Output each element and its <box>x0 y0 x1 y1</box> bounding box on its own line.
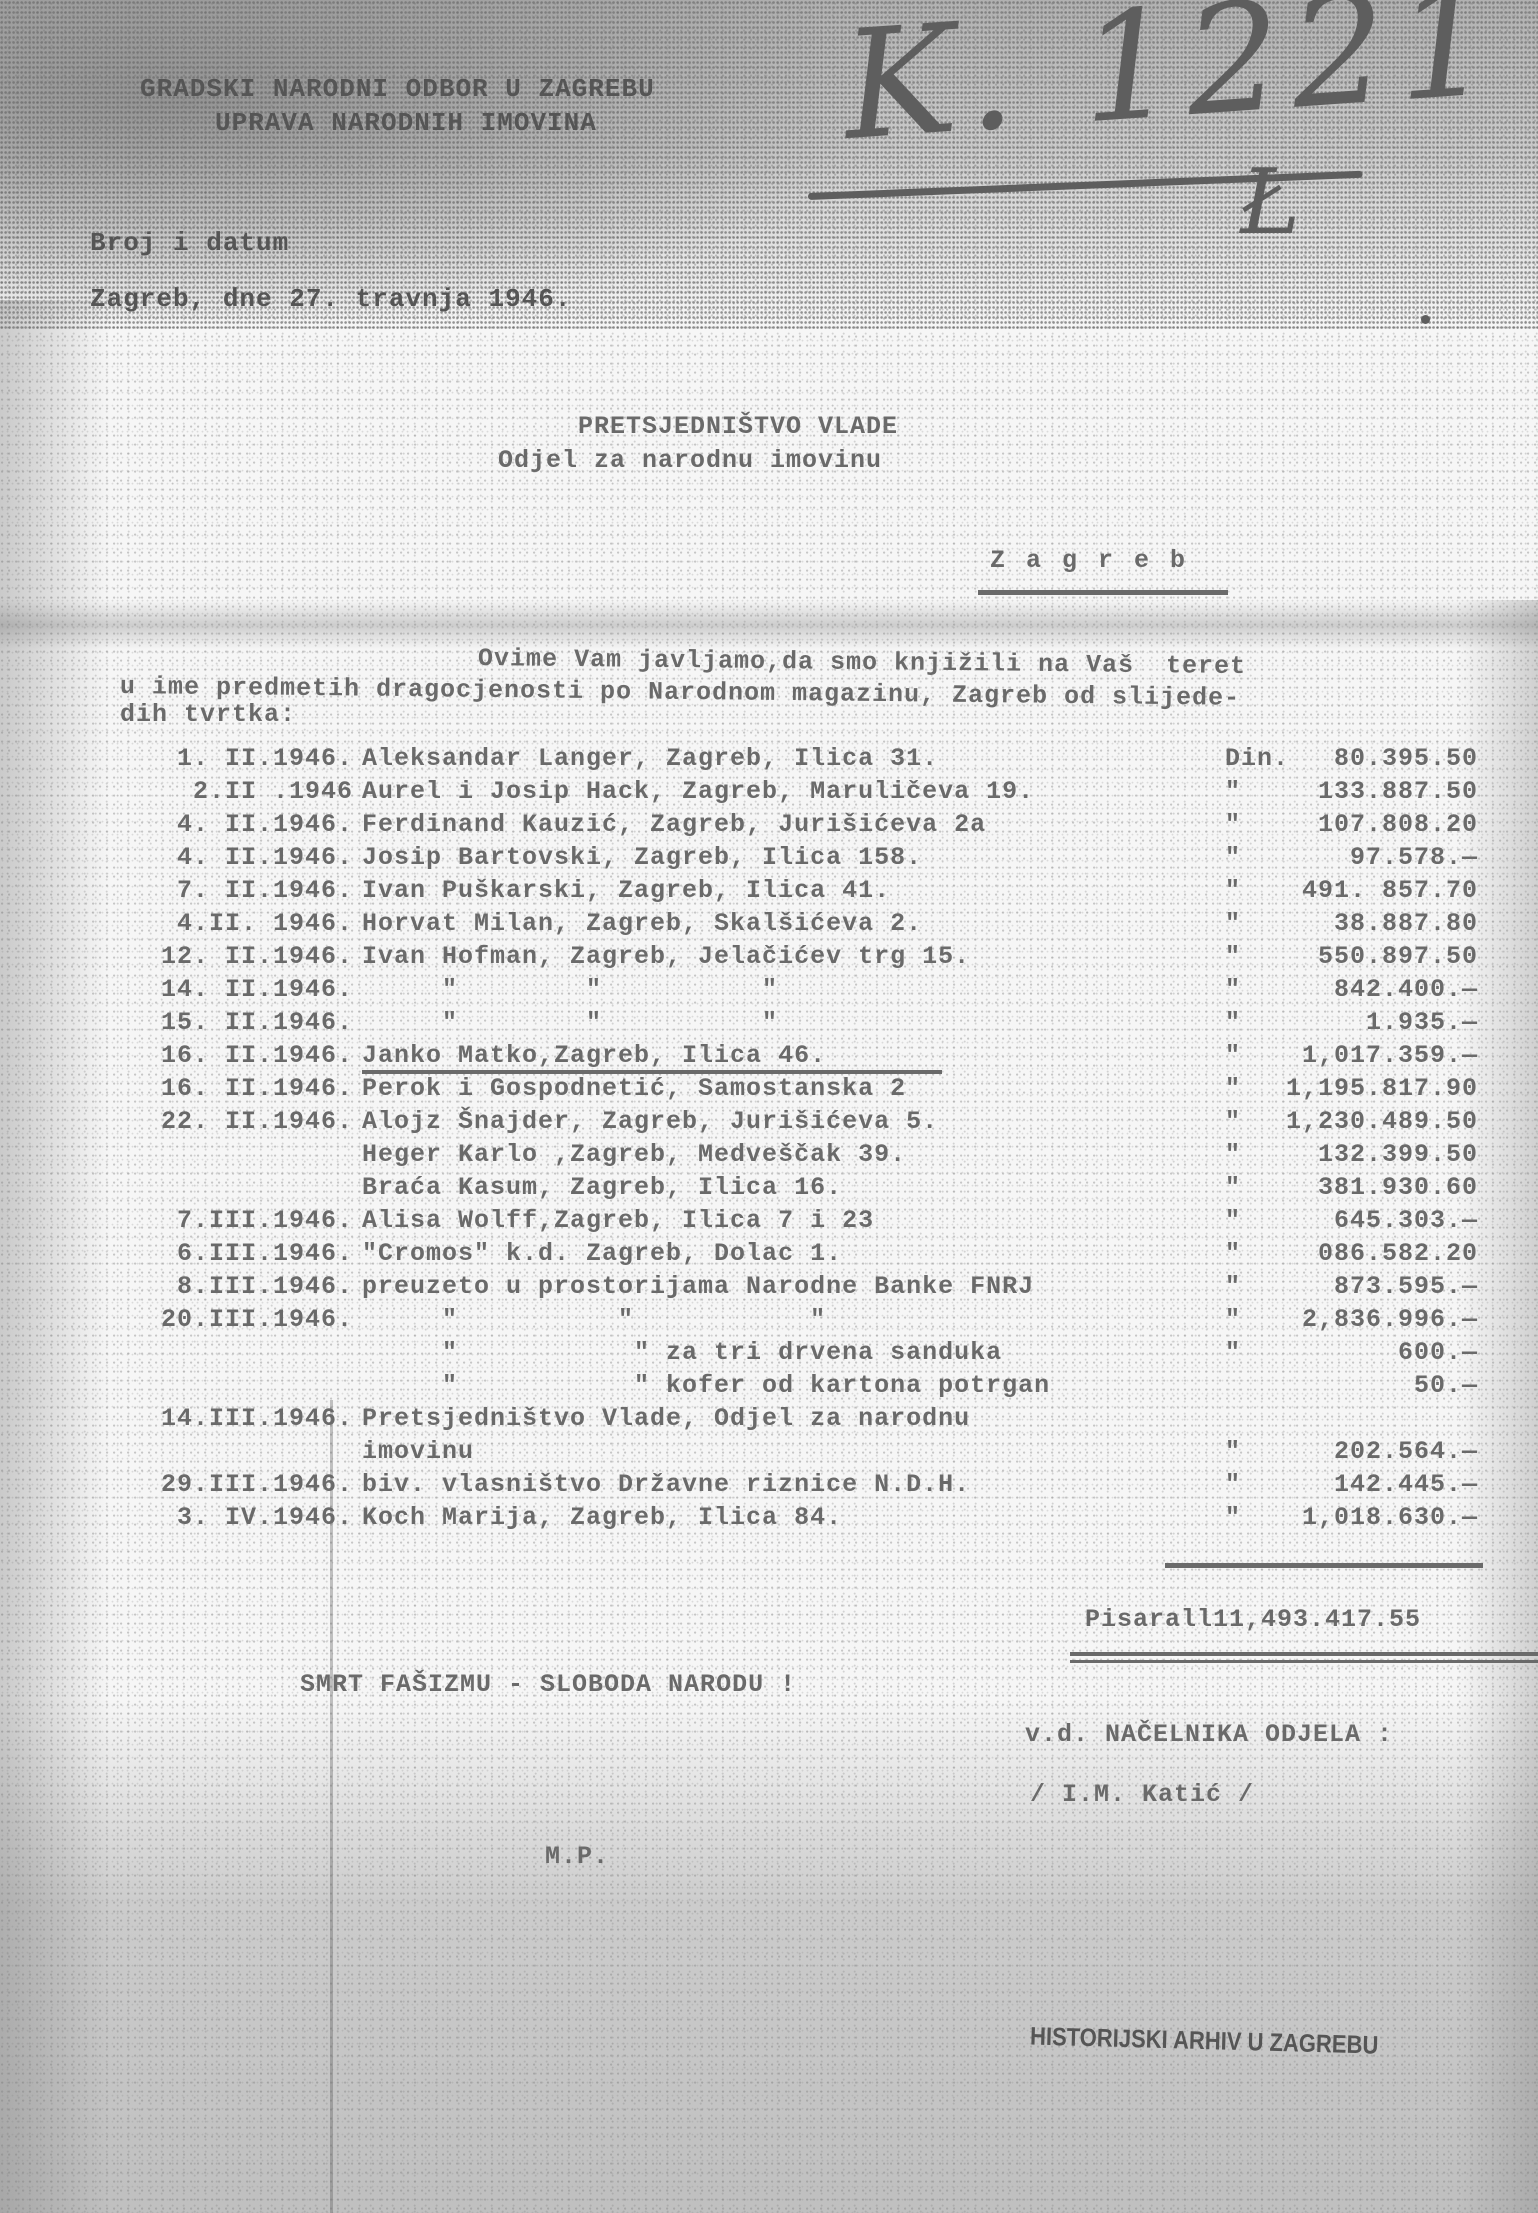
entry-description: Horvat Milan, Zagreb, Skalšićeva 2. <box>362 907 922 940</box>
entry-amount: 1.935.— <box>1366 1006 1478 1039</box>
entry-date: 4. II.1946. <box>103 841 353 874</box>
entries-list: 1. II.1946.Aleksandar Langer, Zagreb, Il… <box>0 742 1538 1534</box>
scanned-document: GRADSKI NARODNI ODBOR U ZAGREBU UPRAVA N… <box>0 0 1538 2213</box>
scan-shadow-top-left <box>0 0 900 330</box>
entry-description: Heger Karlo ,Zagreb, Medveščak 39. <box>362 1138 906 1171</box>
entry-amount: 842.400.— <box>1334 973 1478 1006</box>
entry-row: 1. II.1946.Aleksandar Langer, Zagreb, Il… <box>0 742 1538 775</box>
entry-amount: 1,018.630.— <box>1302 1501 1478 1534</box>
entry-amount: 1,195.817.90 <box>1286 1072 1478 1105</box>
entry-amount: 1,230.489.50 <box>1286 1105 1478 1138</box>
entry-amount: 107.808.20 <box>1318 808 1478 841</box>
entry-currency-mark: " <box>1225 1501 1241 1534</box>
scan-fold-band <box>0 600 1538 650</box>
entry-row: 29.III.1946.biv. vlasništvo Državne rizn… <box>0 1468 1538 1501</box>
entry-date: 4.II. 1946. <box>103 907 353 940</box>
entry-currency-mark: " <box>1225 1105 1241 1138</box>
entry-row: 3. IV.1946.Koch Marija, Zagreb, Ilica 84… <box>0 1501 1538 1534</box>
addressee-title: PRETSJEDNIŠTVO VLADE <box>578 412 898 441</box>
entry-date: 3. IV.1946. <box>103 1501 353 1534</box>
reference-number-label: Broj i datum <box>90 228 289 258</box>
entry-description: "Cromos" k.d. Zagreb, Dolac 1. <box>362 1237 842 1270</box>
entry-currency-mark: " <box>1225 1138 1241 1171</box>
entry-row: 4. II.1946.Ferdinand Kauzić, Zagreb, Jur… <box>0 808 1538 841</box>
entry-amount: 142.445.— <box>1334 1468 1478 1501</box>
entry-amount: 873.595.— <box>1334 1270 1478 1303</box>
entry-date: 6.III.1946. <box>103 1237 353 1270</box>
entry-currency-mark: " <box>1225 775 1241 808</box>
entry-amount: 80.395.50 <box>1334 742 1478 775</box>
handwritten-archive-number: K. 1221 <box>838 0 1508 174</box>
entry-amount: 086.582.20 <box>1318 1237 1478 1270</box>
entry-amount: 2,836.996.— <box>1302 1303 1478 1336</box>
entry-amount: 381.930.60 <box>1318 1171 1478 1204</box>
total-amount: 11,493.417.55 <box>1213 1605 1421 1634</box>
handwritten-initial: Ł <box>1240 150 1300 255</box>
entry-description: preuzeto u prostorijama Narodne Banke FN… <box>362 1270 1034 1303</box>
entry-currency-mark: " <box>1225 874 1241 907</box>
entry-description: Pretsjedništvo Vlade, Odjel za narodnu <box>362 1402 970 1435</box>
entry-description: " " " <box>362 1303 826 1336</box>
entry-description: Alojz Šnajder, Zagreb, Jurišićeva 5. <box>362 1105 938 1138</box>
entry-amount: 202.564.— <box>1334 1435 1478 1468</box>
entry-description: Josip Bartovski, Zagreb, Ilica 158. <box>362 841 922 874</box>
entry-amount: 491. 857.70 <box>1302 874 1478 907</box>
entry-description: imovinu <box>362 1435 474 1468</box>
entry-row: 16. II.1946.Perok i Gospodnetić, Samosta… <box>0 1072 1538 1105</box>
entry-date: 16. II.1946. <box>103 1039 353 1072</box>
entry-date: 7. II.1946. <box>103 874 353 907</box>
entry-currency-mark: Din. <box>1225 742 1289 775</box>
letterhead-line-1: GRADSKI NARODNI ODBOR U ZAGREBU <box>140 74 655 104</box>
entry-date: 2.II .1946 <box>103 775 353 808</box>
entry-row: 7.III.1946.Alisa Wolff,Zagreb, Ilica 7 i… <box>0 1204 1538 1237</box>
entry-row: 14.III.1946.Pretsjedništvo Vlade, Odjel … <box>0 1402 1538 1435</box>
entry-date: 15. II.1946. <box>103 1006 353 1039</box>
entry-description: Aurel i Josip Hack, Zagreb, Maruličeva 1… <box>362 775 1034 808</box>
entry-description: Koch Marija, Zagreb, Ilica 84. <box>362 1501 842 1534</box>
entry-description: Alisa Wolff,Zagreb, Ilica 7 i 23 <box>362 1204 874 1237</box>
intro-line-3: dih tvrtka: <box>120 700 296 729</box>
entry-description: " " " <box>362 973 778 1006</box>
entry-currency-mark: " <box>1225 808 1241 841</box>
entry-date: 14.III.1946. <box>103 1402 353 1435</box>
entry-currency-mark: " <box>1225 973 1241 1006</box>
entry-amount: 133.887.50 <box>1318 775 1478 808</box>
entry-currency-mark: " <box>1225 1072 1241 1105</box>
sum-rule <box>1165 1563 1483 1568</box>
letterhead-line-2: UPRAVA NARODNIH IMOVINA <box>215 108 597 138</box>
entry-description: Janko Matko,Zagreb, Ilica 46. <box>362 1039 826 1072</box>
total-row: Pisarall11,493.417.55 <box>1085 1605 1421 1634</box>
entry-amount: 1,017.359.— <box>1302 1039 1478 1072</box>
entry-description: " " za tri drvena sanduka <box>362 1336 1002 1369</box>
addressee-city: Z a g r e b <box>990 546 1188 575</box>
entry-currency-mark: " <box>1225 1303 1241 1336</box>
entry-amount: 600.— <box>1398 1336 1478 1369</box>
entry-date: 7.III.1946. <box>103 1204 353 1237</box>
entry-row: 4. II.1946.Josip Bartovski, Zagreb, Ilic… <box>0 841 1538 874</box>
entry-row: 20.III.1946. " " ""2,836.996.— <box>0 1303 1538 1336</box>
entry-description: Perok i Gospodnetić, Samostanska 2 <box>362 1072 906 1105</box>
entry-currency-mark: " <box>1225 1171 1241 1204</box>
entry-date: 29.III.1946. <box>103 1468 353 1501</box>
entry-description: " " kofer od kartona potrgan <box>362 1369 1050 1402</box>
entry-row: 15. II.1946. " " ""1.935.— <box>0 1006 1538 1039</box>
entry-row: 16. II.1946.Janko Matko,Zagreb, Ilica 46… <box>0 1039 1538 1072</box>
entry-currency-mark: " <box>1225 841 1241 874</box>
entry-date: 14. II.1946. <box>103 973 353 1006</box>
entry-currency-mark: " <box>1225 907 1241 940</box>
entry-row: " " za tri drvena sanduka"600.— <box>0 1336 1538 1369</box>
entry-currency-mark: " <box>1225 1468 1241 1501</box>
entry-description: Aleksandar Langer, Zagreb, Ilica 31. <box>362 742 938 775</box>
entry-row: 12. II.1946.Ivan Hofman, Zagreb, Jelačić… <box>0 940 1538 973</box>
entry-description: Ferdinand Kauzić, Zagreb, Jurišićeva 2a <box>362 808 986 841</box>
ink-spot <box>1421 315 1430 324</box>
entry-row: 22. II.1946.Alojz Šnajder, Zagreb, Juriš… <box>0 1105 1538 1138</box>
entry-description: biv. vlasništvo Državne riznice N.D.H. <box>362 1468 970 1501</box>
intro-line-1: Ovime Vam javljamo,da smo knjižili na Va… <box>478 644 1246 681</box>
entry-date: 16. II.1946. <box>103 1072 353 1105</box>
signature-name: / I.M. Katić / <box>1030 1780 1254 1809</box>
entry-amount: 38.887.80 <box>1334 907 1478 940</box>
entry-date: 12. II.1946. <box>103 940 353 973</box>
place-and-date: Zagreb, dne 27. travnja 1946. <box>90 284 571 314</box>
entry-currency-mark: " <box>1225 1039 1241 1072</box>
entry-row: Heger Karlo ,Zagreb, Medveščak 39."132.3… <box>0 1138 1538 1171</box>
entry-row: 7. II.1946.Ivan Puškarski, Zagreb, Ilica… <box>0 874 1538 907</box>
total-double-underline-2 <box>1070 1660 1538 1663</box>
entry-row: 4.II. 1946.Horvat Milan, Zagreb, Skalšić… <box>0 907 1538 940</box>
entry-currency-mark: " <box>1225 1270 1241 1303</box>
total-label: Pisarall <box>1085 1605 1213 1634</box>
entry-row: 2.II .1946Aurel i Josip Hack, Zagreb, Ma… <box>0 775 1538 808</box>
entry-row: 6.III.1946."Cromos" k.d. Zagreb, Dolac 1… <box>0 1237 1538 1270</box>
entry-amount: 97.578.— <box>1350 841 1478 874</box>
entry-row: " " kofer od kartona potrgan50.— <box>0 1369 1538 1402</box>
entry-description: Ivan Hofman, Zagreb, Jelačićev trg 15. <box>362 940 970 973</box>
entry-currency-mark: " <box>1225 1336 1241 1369</box>
entry-amount: 645.303.— <box>1334 1204 1478 1237</box>
entry-date: 22. II.1946. <box>103 1105 353 1138</box>
entry-description: " " " <box>362 1006 778 1039</box>
closing-slogan: SMRT FAŠIZMU - SLOBODA NARODU ! <box>300 1670 796 1699</box>
entry-amount: 550.897.50 <box>1318 940 1478 973</box>
addressee-department: Odjel za narodnu imovinu <box>498 446 882 475</box>
entry-row: Braća Kasum, Zagreb, Ilica 16."381.930.6… <box>0 1171 1538 1204</box>
seal-placeholder: M.P. <box>545 1842 609 1871</box>
entry-row: 14. II.1946. " " ""842.400.— <box>0 973 1538 1006</box>
total-double-underline-1 <box>1070 1652 1538 1656</box>
archive-stamp: HISTORIJSKI ARHIV U ZAGREBU <box>1030 2021 1379 2060</box>
signature-title: v.d. NAČELNIKA ODJELA : <box>1025 1720 1393 1749</box>
entry-currency-mark: " <box>1225 940 1241 973</box>
entry-currency-mark: " <box>1225 1435 1241 1468</box>
entry-description: Ivan Puškarski, Zagreb, Ilica 41. <box>362 874 890 907</box>
entry-currency-mark: " <box>1225 1204 1241 1237</box>
addressee-city-underline <box>978 590 1228 595</box>
entry-description: Braća Kasum, Zagreb, Ilica 16. <box>362 1171 842 1204</box>
entry-date: 20.III.1946. <box>103 1303 353 1336</box>
entry-amount: 132.399.50 <box>1318 1138 1478 1171</box>
scan-shadow-bottom <box>0 1700 1538 2213</box>
entry-row: imovinu"202.564.— <box>0 1435 1538 1468</box>
entry-date: 8.III.1946. <box>103 1270 353 1303</box>
entry-currency-mark: " <box>1225 1006 1241 1039</box>
entry-currency-mark: " <box>1225 1237 1241 1270</box>
entry-date: 1. II.1946. <box>103 742 353 775</box>
entry-amount: 50.— <box>1414 1369 1478 1402</box>
entry-row: 8.III.1946.preuzeto u prostorijama Narod… <box>0 1270 1538 1303</box>
entry-date: 4. II.1946. <box>103 808 353 841</box>
